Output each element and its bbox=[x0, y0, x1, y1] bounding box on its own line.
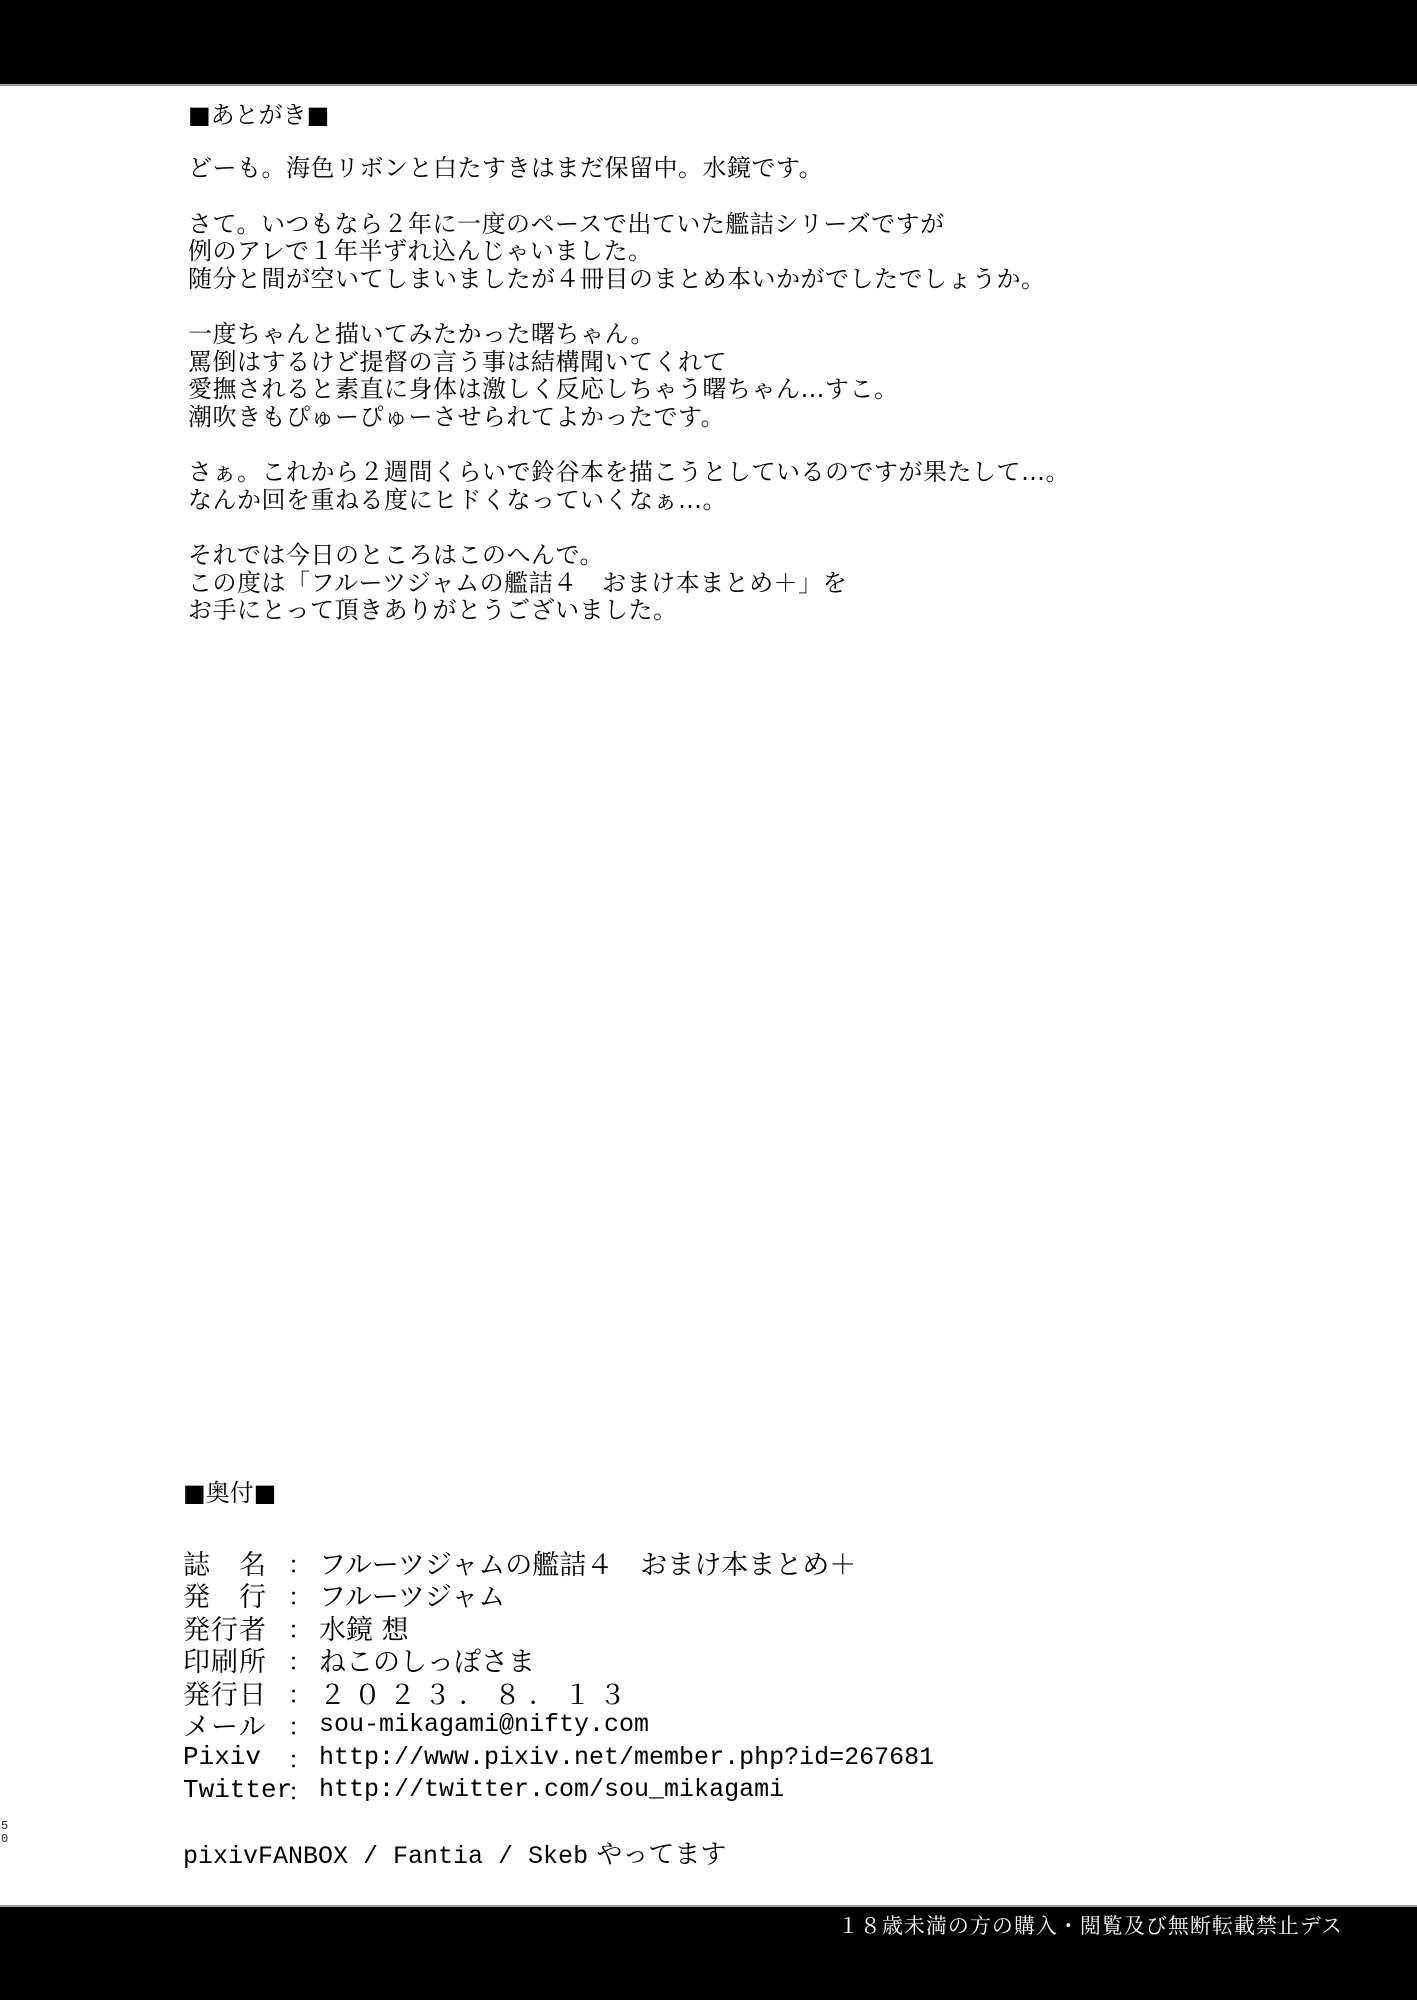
colophon-row-twitter: Twitter ： http://twitter.com/sou_mikagam… bbox=[183, 1774, 934, 1807]
colophon-heading: ■奥付■ bbox=[183, 1478, 934, 1508]
afterword-line: 罵倒はするけど提督の言う事は結構聞いてくれて bbox=[188, 349, 1248, 377]
afterword-paragraph-greeting: どーも。海色リボンと白たすきはまだ保留中。水鏡です。 bbox=[188, 155, 1248, 183]
colophon-colon: ： bbox=[281, 1545, 319, 1580]
afterword-line: 潮吹きもぴゅーぴゅーさせられてよかったです。 bbox=[188, 404, 1248, 432]
afterword-line: なんか回を重ねる度にヒドくなっていくなぁ…。 bbox=[188, 487, 1248, 515]
colophon-colon: ： bbox=[281, 1610, 319, 1645]
colophon-label: メール bbox=[183, 1705, 281, 1744]
colophon-colon: ： bbox=[281, 1772, 319, 1807]
colophon-colon: ： bbox=[281, 1707, 319, 1742]
colophon-row-date: 発行日 ： ２０２３．８．１３ bbox=[183, 1676, 934, 1709]
afterword-line: 愛撫されると素直に身体は激しく反応しちゃう曙ちゃん…すこ。 bbox=[188, 376, 1248, 404]
afterword-paragraph-closing: それでは今日のところはこのへんで。 この度は「フルーツジャムの艦詰４ おまけ本ま… bbox=[188, 542, 1248, 625]
colophon-section: ■奥付■ 誌 名 ： フルーツジャムの艦詰４ おまけ本まとめ＋ 発 行 ： フル… bbox=[183, 1478, 934, 1806]
afterword-line: お手にとって頂きありがとうございました。 bbox=[188, 597, 1248, 625]
afterword-section: ■あとがき■ どーも。海色リボンと白たすきはまだ保留中。水鏡です。 さて。いつも… bbox=[188, 101, 1248, 653]
twitter-link[interactable]: http://twitter.com/sou_mikagami bbox=[319, 1775, 784, 1804]
page-number: 50 bbox=[1, 1820, 11, 1846]
colophon-colon: ： bbox=[281, 1642, 319, 1677]
top-black-bar bbox=[0, 0, 1417, 84]
afterword-paragraph-series: さて。いつもなら２年に一度のペースで出ていた艦詰シリーズですが 例のアレで１年半… bbox=[188, 211, 1248, 294]
afterword-paragraph-next: さぁ。これから２週間くらいで鈴谷本を描こうとしているのですが果たして…。 なんか… bbox=[188, 459, 1248, 514]
pixiv-link[interactable]: http://www.pixiv.net/member.php?id=26768… bbox=[319, 1743, 934, 1772]
colophon-colon: ： bbox=[281, 1577, 319, 1612]
colophon-colon: ： bbox=[281, 1675, 319, 1710]
afterword-line: さぁ。これから２週間くらいで鈴谷本を描こうとしているのですが果たして…。 bbox=[188, 459, 1248, 487]
top-bar-edge bbox=[0, 84, 1417, 86]
afterword-heading: ■あとがき■ bbox=[188, 101, 1248, 129]
colophon-row-author: 発行者 ： 水鏡 想 bbox=[183, 1611, 934, 1644]
colophon-label: Twitter bbox=[183, 1775, 281, 1805]
colophon-row-publisher: 発 行 ： フルーツジャム bbox=[183, 1579, 934, 1612]
afterword-line: さて。いつもなら２年に一度のペースで出ていた艦詰シリーズですが bbox=[188, 211, 1248, 239]
colophon-row-email: メール ： sou-mikagami@nifty.com bbox=[183, 1709, 934, 1742]
age-restriction-notice: １８歳未満の方の購入・閲覧及び無断転載禁止デス bbox=[838, 1910, 1343, 1940]
afterword-line: 随分と間が空いてしまいましたが４冊目のまとめ本いかがでしたでしょうか。 bbox=[188, 266, 1248, 294]
colophon-colon: ： bbox=[281, 1740, 319, 1775]
colophon-row-pixiv: Pixiv ： http://www.pixiv.net/member.php?… bbox=[183, 1741, 934, 1774]
services-suffix: やってます bbox=[588, 1840, 726, 1870]
colophon-row-title: 誌 名 ： フルーツジャムの艦詰４ おまけ本まとめ＋ bbox=[183, 1546, 934, 1579]
colophon-label: Pixiv bbox=[183, 1742, 281, 1772]
afterword-line: 例のアレで１年半ずれ込んじゃいました。 bbox=[188, 238, 1248, 266]
colophon-row-printer: 印刷所 ： ねこのしっぽさま bbox=[183, 1644, 934, 1677]
services-platforms: pixivFANBOX / Fantia / Skeb bbox=[183, 1842, 588, 1871]
email-link[interactable]: sou-mikagami@nifty.com bbox=[319, 1710, 649, 1739]
afterword-line: 一度ちゃんと描いてみたかった曙ちゃん。 bbox=[188, 321, 1248, 349]
services-line: pixivFANBOX / Fantia / Skeb やってます bbox=[183, 1834, 726, 1871]
afterword-line: この度は「フルーツジャムの艦詰４ おまけ本まとめ＋」を bbox=[188, 570, 1248, 598]
afterword-line: それでは今日のところはこのへんで。 bbox=[188, 542, 1248, 570]
afterword-paragraph-character: 一度ちゃんと描いてみたかった曙ちゃん。 罵倒はするけど提督の言う事は結構聞いてく… bbox=[188, 321, 1248, 431]
afterword-line: どーも。海色リボンと白たすきはまだ保留中。水鏡です。 bbox=[188, 155, 1248, 183]
colophon-value-date: ２０２３．８．１３ bbox=[319, 1673, 634, 1712]
